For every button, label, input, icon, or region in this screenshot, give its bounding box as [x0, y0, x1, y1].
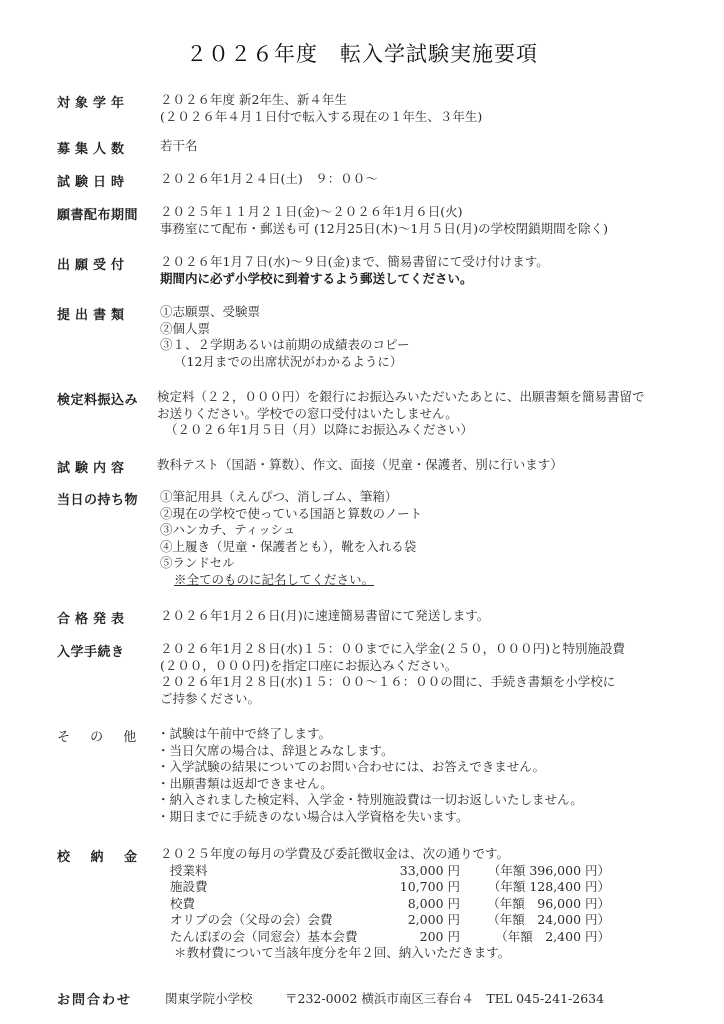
section-label: 対象学年 — [57, 92, 157, 111]
fee-row: 授業料 33,000 円 （年額 396,000 円） — [170, 863, 710, 880]
section-label: 合格発表 — [57, 608, 157, 627]
fee-monthly: 200 円 — [340, 929, 460, 946]
text-line: ２０２６年度 新2年生、新４年生 — [160, 92, 710, 109]
section-label: 願書配布期間 — [57, 204, 157, 223]
fee-annual: （年額 128,400 円） — [460, 879, 610, 896]
text-line: ２０２６年1月２８日(水)１５：００～１６：００の間に、手続き書類を小学校に — [160, 674, 710, 691]
school-name: 関東学院小学校 — [165, 989, 253, 1007]
fee-row: オリブの会（父母の会）会費 2,000 円 （年額 24,000 円） — [170, 912, 710, 929]
school-address: 〒232-0002 横浜市南区三春台４ TEL 045-241-2634 — [285, 989, 604, 1007]
text-line: ご持参ください。 — [160, 691, 710, 708]
page-title: ２０２６年度 転入学試験実施要項 — [0, 38, 724, 68]
list-item: ・期日までに手続きのない場合は入学資格を失います。 — [157, 809, 707, 826]
section-label: 当日の持ち物 — [57, 489, 157, 508]
fee-annual: （年額 24,000 円） — [460, 912, 610, 929]
section-label: 試験内容 — [57, 457, 157, 476]
text-line: (２０２６年４月１日付で転入する現在の１年生、３年生) — [160, 109, 710, 126]
text-line: （２０２６年1月５日（月）以降にお振込みください） — [157, 422, 707, 439]
fee-row: 施設費 10,700 円 （年額 128,400 円） — [170, 879, 710, 896]
list-item: ④上履き（児童・保護者とも），靴を入れる袋 — [160, 539, 710, 556]
text-line: (２００，０００円)を指定口座にお振込みください。 — [160, 658, 710, 675]
fee-name: 校費 — [170, 896, 340, 913]
list-item: ・当日欠席の場合は、辞退とみなします。 — [157, 743, 707, 760]
list-item: ・出願書類は返却できません。 — [157, 776, 707, 793]
section-label: 校 納 金 — [57, 846, 157, 865]
fee-monthly: 33,000 円 — [340, 863, 460, 880]
list-item: ・入学試験の結果についてのお問い合わせには、お答えできません。 — [157, 759, 707, 776]
fee-annual: （年額 96,000 円） — [460, 896, 610, 913]
list-item: ・試験は午前中で終了します。 — [157, 726, 707, 743]
note-line: ※全てのものに記名してください。 — [160, 572, 710, 589]
section-label: 募集人数 — [57, 138, 157, 157]
section-label: 入学手続き — [57, 641, 157, 660]
section-label: 検定料振込み — [57, 389, 157, 408]
section-label: 試験日時 — [57, 171, 157, 190]
list-item: ③１、２学期あるいは前期の成績表のコピー — [160, 337, 710, 354]
text-line: ２０２６年1月２８日(水)１５：００までに入学金(２５０，０００円)と特別施設費 — [160, 641, 710, 658]
fee-monthly: 8,000 円 — [340, 896, 460, 913]
text-line: 検定料（２２，０００円）を銀行にお振込みいただいたあとに、出願書類を簡易書留で — [157, 389, 707, 406]
fees-table: 授業料 33,000 円 （年額 396,000 円） 施設費 10,700 円… — [170, 863, 710, 946]
text-line: 若干名 — [160, 138, 710, 155]
fee-name: オリブの会（父母の会）会費 — [170, 912, 340, 929]
fee-row: 校費 8,000 円 （年額 96,000 円） — [170, 896, 710, 913]
text-line: ２０２５年１１月２１日(金)～２０２６年1月６日(火) — [160, 204, 710, 221]
note-text: ※全てのものに記名してください。 — [174, 572, 374, 587]
fees-note: ＊教材費について当該年度分を年２回、納入いただきます。 — [160, 945, 710, 962]
fee-annual: （年額 2,400 円） — [460, 929, 610, 946]
fee-name: 施設費 — [170, 879, 340, 896]
fee-row: たんぽぽの会（同窓会）基本会費 200 円 （年額 2,400 円） — [170, 929, 710, 946]
text-line-emphasis: 期間内に必ず小学校に到着するよう郵送してください。 — [160, 271, 710, 288]
list-item: ・納入されました検定料、入学金・特別施設費は一切お返しいたしません。 — [157, 792, 707, 809]
text-line: ２０２６年1月２６日(月)に速達簡易書留にて発送します。 — [160, 608, 710, 625]
fee-annual: （年額 396,000 円） — [460, 863, 610, 880]
fee-monthly: 2,000 円 — [340, 912, 460, 929]
text-line: （12月までの出席状況がわかるように） — [160, 354, 710, 371]
fee-monthly: 10,700 円 — [340, 879, 460, 896]
section-label: そ の 他 — [57, 726, 157, 745]
section-label: 出願受付 — [57, 254, 157, 273]
list-item: ⑤ランドセル — [160, 555, 710, 572]
fee-name: たんぽぽの会（同窓会）基本会費 — [170, 929, 340, 946]
list-item: ②現在の学校で使っている国語と算数のノート — [160, 506, 710, 523]
text-line: 事務室にて配布・郵送も可 (12月25日(木)～1月５日(月)の学校閉鎖期間を除… — [160, 221, 710, 238]
fees-intro: ２０２５年度の毎月の学費及び委託徴収金は、次の通りです。 — [160, 846, 710, 863]
fee-name: 授業料 — [170, 863, 340, 880]
text-line: ２０２６年1月２４日(土) ９：００～ — [160, 171, 710, 188]
text-line: ２０２６年1月７日(水)～９日(金)まで、簡易書留にて受け付けます。 — [160, 254, 710, 271]
list-item: ①志願票、受験票 — [160, 304, 710, 321]
list-item: ③ハンカチ、ティッシュ — [160, 522, 710, 539]
contact-label: お問合わせ — [57, 989, 132, 1008]
list-item: ②個人票 — [160, 321, 710, 338]
text-line: 教科テスト（国語・算数）、作文、面接（児童・保護者、別に行います） — [157, 457, 707, 474]
section-label: 提出書類 — [57, 304, 157, 323]
text-line: お送りください。学校での窓口受付はいたしません。 — [157, 406, 707, 423]
list-item: ①筆記用具（えんぴつ、消しゴム、筆箱） — [160, 489, 710, 506]
